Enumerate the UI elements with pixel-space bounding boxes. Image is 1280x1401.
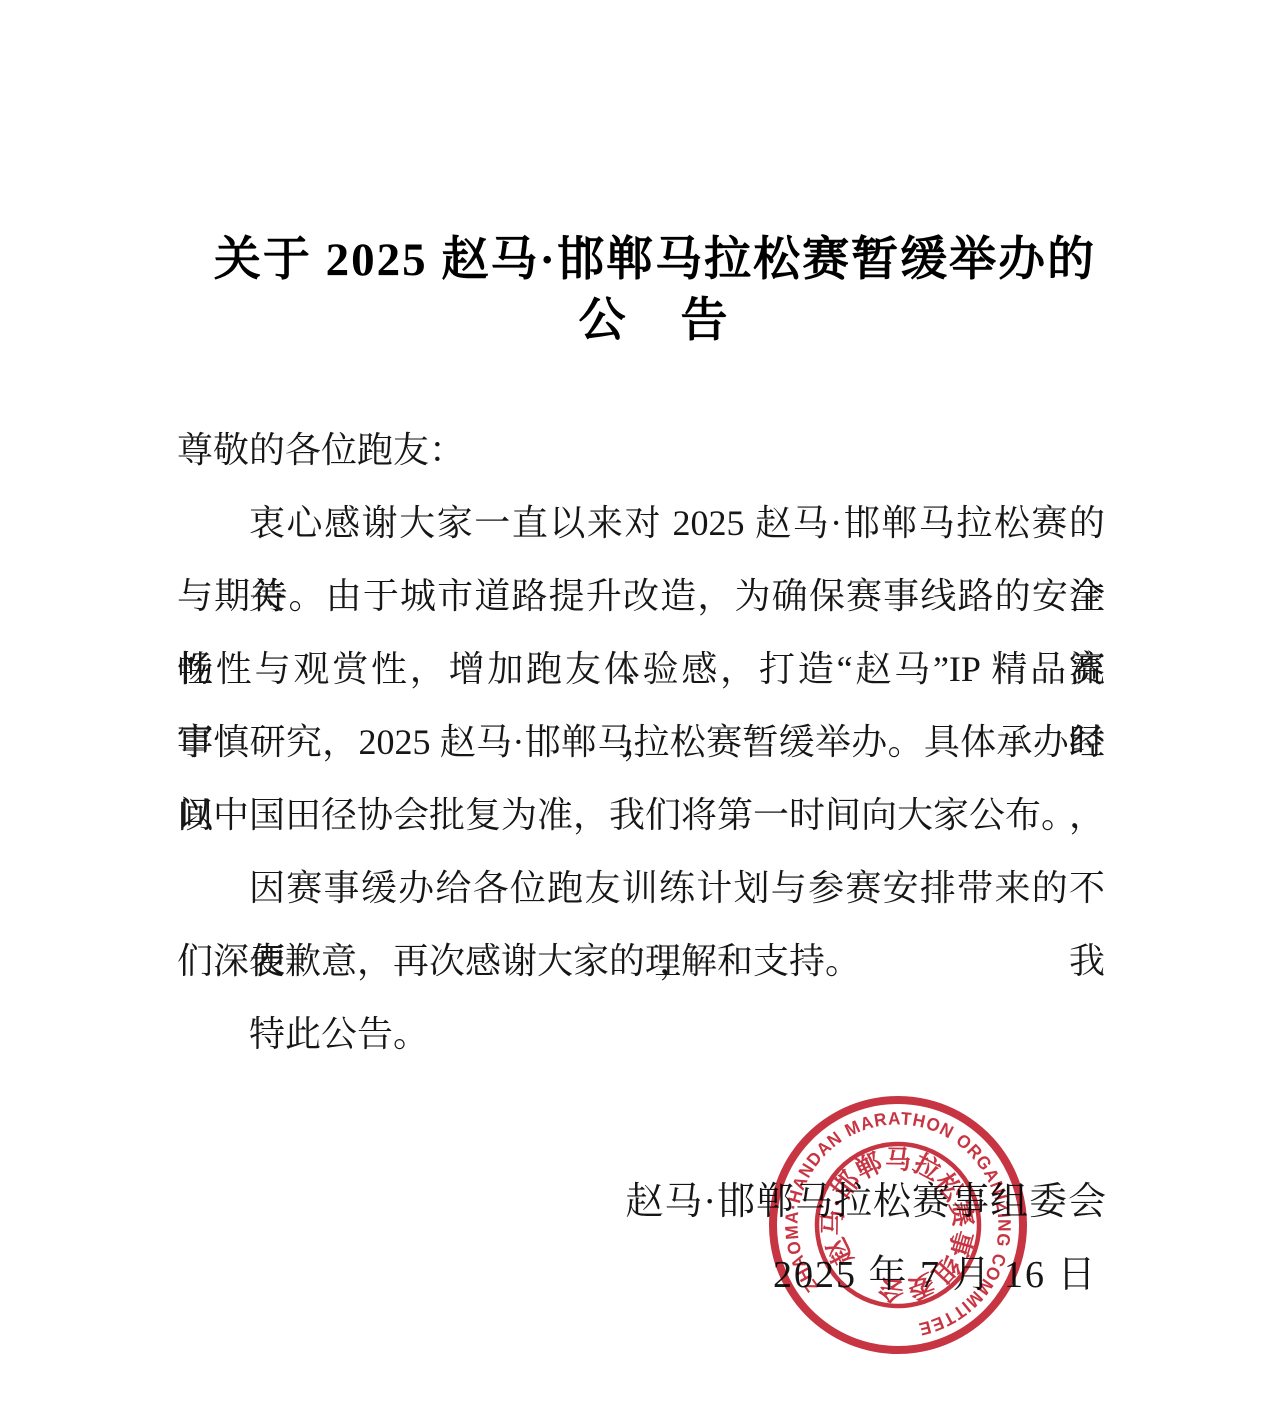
body-line: 审慎研究，2025 赵马·邯郸马拉松赛暂缓举办。具体承办时间，	[177, 706, 1105, 779]
document-title-line1: 关于 2025 赵马·邯郸马拉松赛暂缓举办的	[180, 222, 1130, 289]
document-title-line2: 公 告	[180, 283, 1130, 350]
body-line: 因赛事缓办给各位跑友训练计划与参赛安排带来的不便，我	[177, 852, 1105, 925]
official-seal-stamp: ZHAOMA·HANDAN MARATHON ORGANIZING COMMIT…	[728, 1055, 1068, 1395]
seal-chinese-ring-text: 赵马·邯郸马拉松赛事组委会	[808, 1134, 989, 1316]
document-body: 尊敬的各位跑友： 衷心感谢大家一直以来对 2025 赵马·邯郸马拉松赛的关注 与…	[177, 414, 1105, 1071]
body-line: 以中国田径协会批复为准，我们将第一时间向大家公布。	[177, 779, 1105, 852]
body-line: 与期待。由于城市道路提升改造，为确保赛事线路的安全性、流	[177, 560, 1105, 633]
body-line: 畅性与观赏性，增加跑友体验感，打造“赵马”IP 精品赛事，经	[177, 633, 1105, 706]
salutation: 尊敬的各位跑友：	[177, 414, 1105, 487]
body-line: 衷心感谢大家一直以来对 2025 赵马·邯郸马拉松赛的关注	[177, 487, 1105, 560]
seal-english-ring-text: ZHAOMA·HANDAN MARATHON ORGANIZING COMMIT…	[766, 1093, 1029, 1356]
announcement-document: 关于 2025 赵马·邯郸马拉松赛暂缓举办的 公 告 尊敬的各位跑友： 衷心感谢…	[0, 0, 1280, 1401]
